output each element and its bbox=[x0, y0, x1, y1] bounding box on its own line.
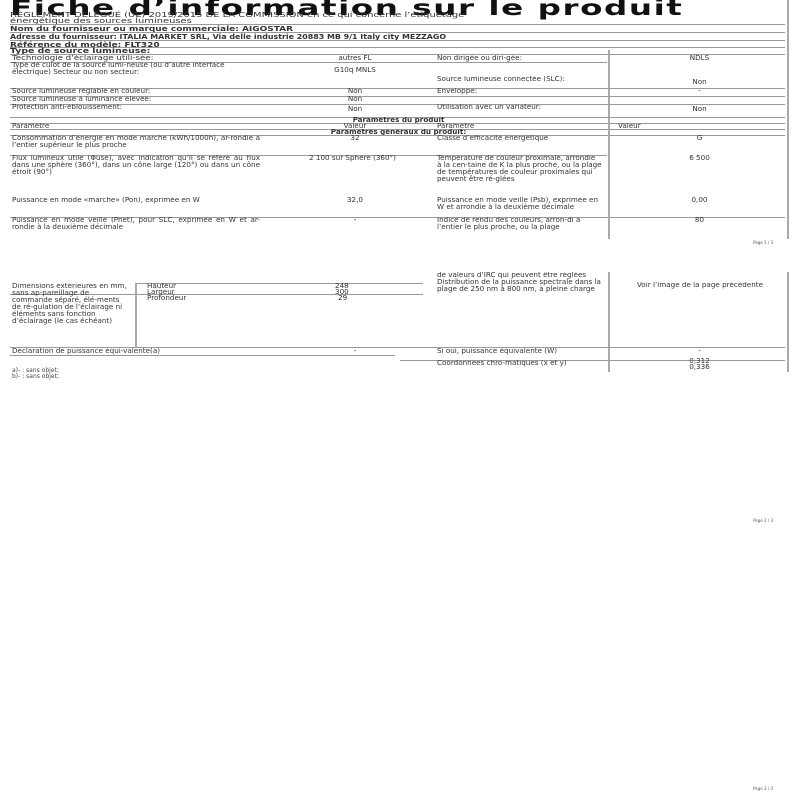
regulation-line-2: énergétique des sources lumineuses bbox=[10, 17, 142, 24]
cri-continuation-label: de valeurs d’IRC qui peuvent être réglée… bbox=[437, 272, 602, 314]
param-row-4-label2: Indice de rendu des couleurs, arron-di à… bbox=[437, 217, 602, 238]
param-row-2-label2: Température de couleur proximale, arrond… bbox=[437, 155, 602, 197]
param-row-1-value2: G bbox=[612, 135, 787, 142]
chromaticity-label: Coordonnées chro-matiques (x et y) bbox=[437, 360, 602, 367]
param-row-1-value: 32 bbox=[300, 135, 410, 142]
param-row-4-value: - bbox=[300, 217, 410, 224]
dim-depth-value: 29 bbox=[338, 295, 347, 302]
supplier-name: Nom du fournisseur ou marque commerciale… bbox=[10, 25, 236, 32]
source-row-2-value: G10q MNLS bbox=[300, 62, 410, 77]
param-row-2-value: 2 100 sur Sphère (360°) bbox=[295, 155, 410, 162]
page-1: Fiche d’information sur le produit RÈGLE… bbox=[0, 0, 795, 250]
spectral-distribution-value: Voir l’image de la page précédente bbox=[625, 282, 775, 289]
source-row-2-value2: Non bbox=[612, 79, 787, 86]
param-row-4-label: Puissance en mode veille (Pnet), pour SL… bbox=[12, 217, 260, 231]
source-row-5-label: Protection anti-éblouissement: bbox=[12, 104, 260, 111]
source-row-5-value: Non bbox=[300, 106, 410, 113]
dimensions-label: Dimensions extérieures en mm, sans ap-pa… bbox=[12, 283, 127, 343]
page-footer-3: Page 3 / 3 bbox=[753, 786, 773, 791]
equivalent-power-w-value: - bbox=[612, 348, 787, 355]
param-row-1-label: Consommation d’énergie en mode marche (k… bbox=[12, 135, 260, 155]
page-footer-2: Page 2 / 3 bbox=[753, 518, 773, 523]
chromaticity-y: 0,336 bbox=[612, 364, 787, 371]
source-row-4-label: Source lumineuse à luminance élevée: bbox=[12, 96, 260, 103]
light-source-type-header: Type de source lumineuse: bbox=[10, 47, 118, 54]
dim-depth-label: Profondeur bbox=[147, 295, 186, 302]
source-row-2-label: Type de culot de la source lumi-neuse (o… bbox=[12, 62, 260, 83]
source-row-2-label2: Source lumineuse connectée (SLC): bbox=[437, 76, 602, 83]
equivalent-power-label: Déclaration de puissance équi-valente(a) bbox=[12, 348, 260, 355]
param-row-1-label2: Classe d’efficacité énergétique bbox=[437, 135, 602, 142]
footnote-b: b)- : sans objet; bbox=[12, 373, 59, 380]
param-row-3-value2: 0,00 bbox=[612, 197, 787, 204]
param-row-2-label: Flux lumineux utile (Φuse), avec indicat… bbox=[12, 155, 260, 185]
source-row-3-value2: - bbox=[612, 88, 787, 95]
param-row-3-value: 32,0 bbox=[300, 197, 410, 204]
source-row-3-label: Source lumineuse réglable en couleur: bbox=[12, 88, 260, 95]
source-row-1-value2: NDLS bbox=[612, 55, 787, 62]
source-row-1-label2: Non dirigée ou diri-gée: bbox=[437, 55, 602, 62]
source-row-5-label2: Utilisation avec un variateur: bbox=[437, 104, 602, 111]
param-row-3-label2: Puissance en mode veille (Psb), exprimée… bbox=[437, 197, 602, 217]
equivalent-power-w-label: Si oui, puissance équivalente (W) bbox=[437, 348, 602, 355]
source-row-3-value: Non bbox=[300, 88, 410, 95]
param-row-4-value2: 80 bbox=[612, 217, 787, 224]
param-row-2-value2: 6 500 bbox=[612, 155, 787, 162]
page-2: de valeurs d’IRC qui peuvent être réglée… bbox=[0, 270, 795, 530]
page-3: Page 3 / 3 bbox=[0, 780, 795, 795]
page-footer-1: Page 1 / 3 bbox=[753, 240, 773, 245]
param-row-3-label: Puissance en mode «marche» (Pon), exprim… bbox=[12, 197, 260, 204]
source-row-3-label2: Enveloppe: bbox=[437, 88, 602, 95]
supplier-address: Adresse du fournisseur: ITALIA MARKET SR… bbox=[10, 33, 406, 40]
source-row-5-value2: Non bbox=[612, 106, 787, 113]
source-row-4-value: Non bbox=[300, 96, 410, 103]
source-row-1-label: Technologie d’éclairage utili-sée: bbox=[12, 55, 260, 62]
equivalent-power-value: - bbox=[300, 348, 410, 355]
source-row-1-value: autres FL bbox=[300, 55, 410, 62]
